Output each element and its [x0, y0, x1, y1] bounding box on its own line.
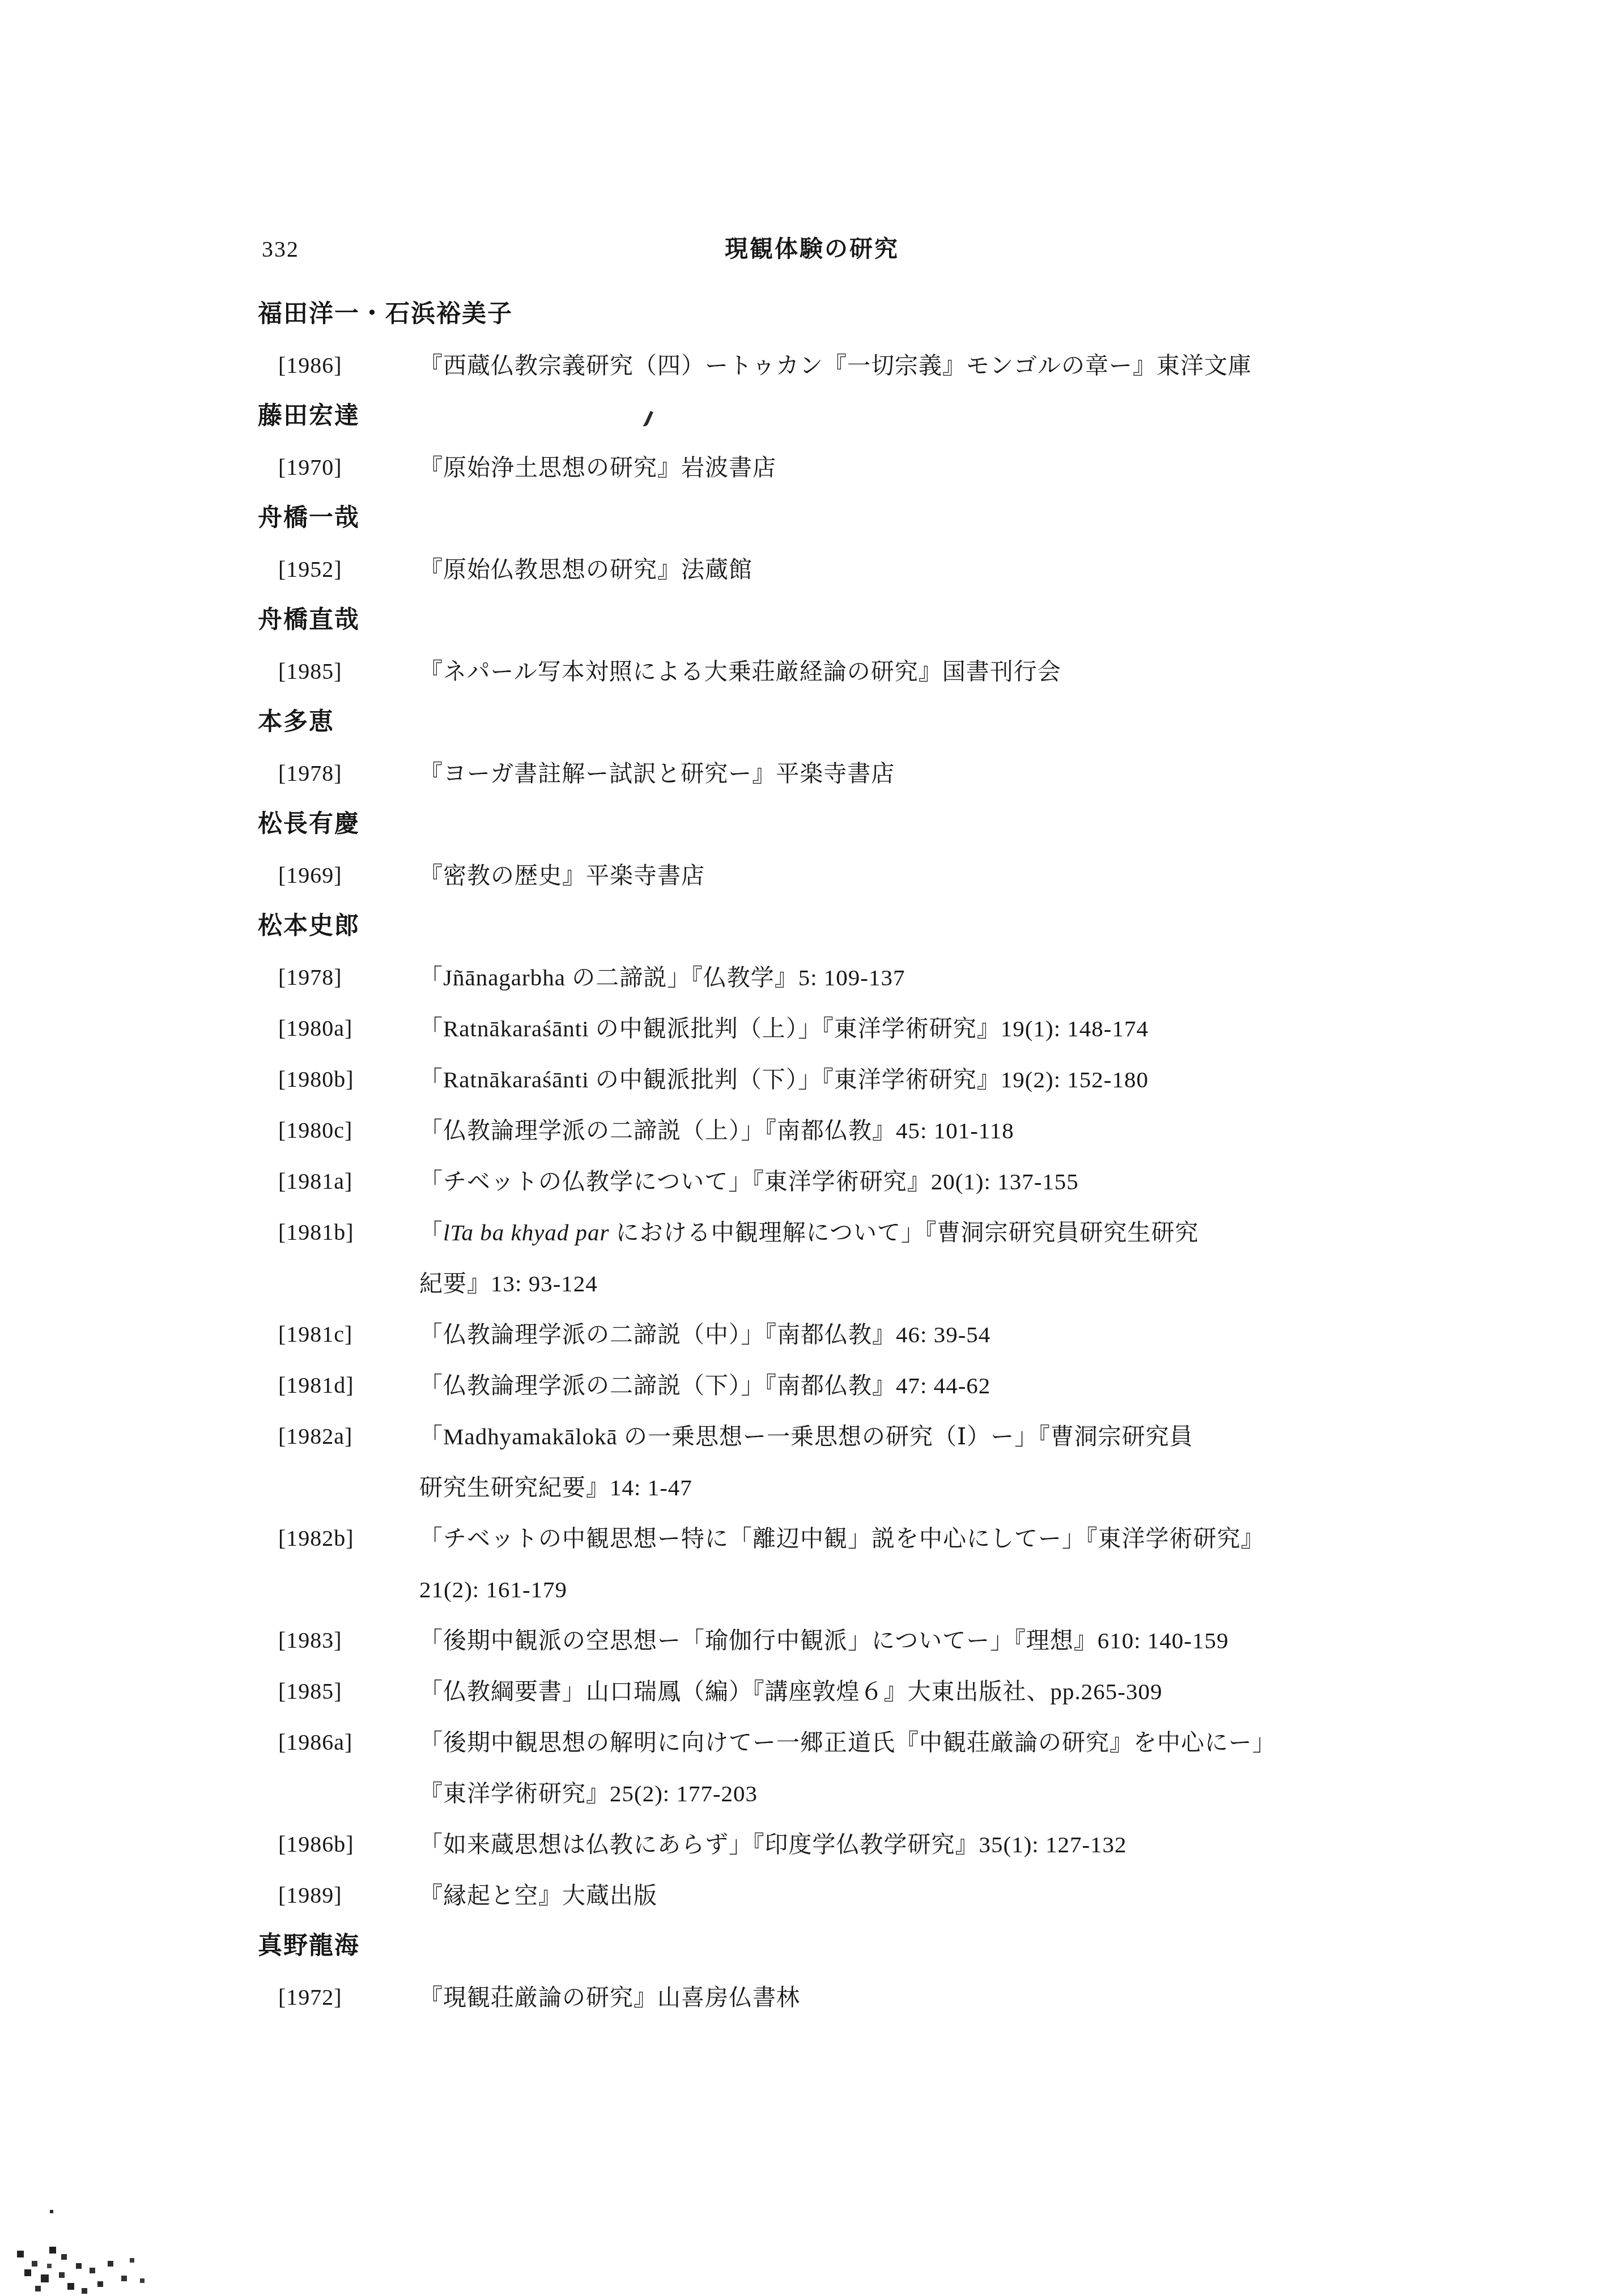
entry-year: [1981c]: [258, 1309, 419, 1360]
entry-year: [1985]: [258, 646, 419, 697]
entry-text: 『ヨーガ書註解ー試訳と研究ー』平楽寺書店: [419, 748, 1493, 799]
entry-line: 「チベットの中観思想ー特に「離辺中観」説を中心にしてー」『東洋学術研究』: [419, 1513, 1493, 1564]
bib-entry: [1980c] 「仏教論理学派の二諦説（上）」『南都仏教』45: 101-118: [258, 1105, 1493, 1156]
entry-year: [1972]: [258, 1972, 419, 2023]
entry-line: 「仏教綱要書」山口瑞鳳（編）『講座敦煌６』大東出版社、pp.265-309: [419, 1666, 1493, 1717]
entry-year: [1981d]: [258, 1360, 419, 1411]
entry-line: 『ヨーガ書註解ー試訳と研究ー』平楽寺書店: [419, 748, 1493, 799]
bib-entry: [1981d] 「仏教論理学派の二諦説（下）」『南都仏教』47: 44-62: [258, 1360, 1493, 1411]
author-heading: 福田洋一・石浜裕美子: [258, 289, 1493, 340]
bib-entry: [1969] 『密教の歴史』平楽寺書店: [258, 850, 1493, 901]
entry-line: 『密教の歴史』平楽寺書店: [419, 850, 1493, 901]
entry-text: 「後期中観思想の解明に向けてー一郷正道氏『中観荘厳論の研究』を中心にー」 『東洋…: [419, 1717, 1493, 1819]
entry-year: [1980a]: [258, 1003, 419, 1054]
entry-text: 「仏教論理学派の二諦説（下）」『南都仏教』47: 44-62: [419, 1360, 1493, 1411]
entry-line: 「後期中観思想の解明に向けてー一郷正道氏『中観荘厳論の研究』を中心にー」: [419, 1717, 1493, 1768]
entry-line: 「Ratnākaraśānti の中観派批判（上）」『東洋学術研究』19(1):…: [419, 1003, 1493, 1054]
entry-year: [1978]: [258, 748, 419, 799]
bib-entry: [1970] 『原始浄土思想の研究』岩波書店: [258, 442, 1493, 493]
entry-line: 「lTa ba khyad par における中観理解について」『曹洞宗研究員研究…: [419, 1207, 1493, 1258]
entry-line: 「Jñānagarbha の二諦説」『仏教学』5: 109-137: [419, 952, 1493, 1003]
entry-year: [1952]: [258, 544, 419, 595]
bib-entry: [1989] 『縁起と空』大蔵出版: [258, 1870, 1493, 1921]
author-heading: 本多恵: [258, 697, 1493, 748]
entry-year: [1986a]: [258, 1717, 419, 1768]
entry-year: [1985]: [258, 1666, 419, 1717]
entry-text: 「Jñānagarbha の二諦説」『仏教学』5: 109-137: [419, 952, 1493, 1003]
entry-line: 「仏教論理学派の二諦説（中）」『南都仏教』46: 39-54: [419, 1309, 1493, 1360]
entry-line: 紀要』13: 93-124: [419, 1258, 1493, 1309]
entry-line: 『東洋学術研究』25(2): 177-203: [419, 1768, 1493, 1819]
entry-text: 『原始仏教思想の研究』法蔵館: [419, 544, 1493, 595]
bib-entry: [1986] 『西蔵仏教宗義研究（四）ートゥカン『一切宗義』モンゴルの章ー』東洋…: [258, 340, 1493, 391]
entry-line: 『縁起と空』大蔵出版: [419, 1870, 1493, 1921]
bib-entry: [1982a] 「Madhyamakālokā の一乗思想ー一乗思想の研究（Ⅰ）…: [258, 1411, 1493, 1513]
entry-text: 「Madhyamakālokā の一乗思想ー一乗思想の研究（Ⅰ）ー」『曹洞宗研究…: [419, 1411, 1493, 1513]
entry-line: 21(2): 161-179: [419, 1564, 1493, 1615]
bib-entry: [1985] 『ネパール写本対照による大乗荘厳経論の研究』国書刊行会: [258, 646, 1493, 697]
entry-line: 「仏教論理学派の二諦説（下）」『南都仏教』47: 44-62: [419, 1360, 1493, 1411]
entry-year: [1981b]: [258, 1207, 419, 1258]
author-heading: 松本史郎: [258, 901, 1493, 952]
entry-text: 「チベットの仏教学について」『東洋学術研究』20(1): 137-155: [419, 1156, 1493, 1207]
bib-entry: [1986b] 「如来蔵思想は仏教にあらず」『印度学仏教学研究』35(1): 1…: [258, 1819, 1493, 1870]
bib-entry: [1978] 『ヨーガ書註解ー試訳と研究ー』平楽寺書店: [258, 748, 1493, 799]
entry-text: 『西蔵仏教宗義研究（四）ートゥカン『一切宗義』モンゴルの章ー』東洋文庫: [419, 340, 1493, 391]
entry-text: 『ネパール写本対照による大乗荘厳経論の研究』国書刊行会: [419, 646, 1493, 697]
bib-entry: [1981a] 「チベットの仏教学について」『東洋学術研究』20(1): 137…: [258, 1156, 1493, 1207]
entry-text: 「lTa ba khyad par における中観理解について」『曹洞宗研究員研究…: [419, 1207, 1493, 1309]
entry-year: [1980c]: [258, 1105, 419, 1156]
entry-line: 『原始仏教思想の研究』法蔵館: [419, 544, 1493, 595]
author-heading: 舟橋一哉: [258, 493, 1493, 544]
bib-entry: [1981c] 「仏教論理学派の二諦説（中）」『南都仏教』46: 39-54: [258, 1309, 1493, 1360]
quote-open: 「: [419, 1219, 443, 1245]
entry-year: [1982b]: [258, 1513, 419, 1564]
author-heading: 藤田宏達: [258, 391, 1493, 442]
entry-text: 「仏教綱要書」山口瑞鳳（編）『講座敦煌６』大東出版社、pp.265-309: [419, 1666, 1493, 1717]
bib-entry: [1952] 『原始仏教思想の研究』法蔵館: [258, 544, 1493, 595]
author-heading: 松長有慶: [258, 799, 1493, 850]
bib-entry: [1980a] 「Ratnākaraśānti の中観派批判（上）」『東洋学術研…: [258, 1003, 1493, 1054]
entry-line-rest: における中観理解について」『曹洞宗研究員研究生研究: [610, 1219, 1199, 1245]
page-header-title: 現観体験の研究: [0, 235, 1624, 263]
entry-year: [1970]: [258, 442, 419, 493]
entry-text: 「後期中観派の空思想ー「瑜伽行中観派」についてー」『理想』610: 140-15…: [419, 1615, 1493, 1666]
entry-year: [1980b]: [258, 1054, 419, 1105]
entry-year: [1986]: [258, 340, 419, 391]
entry-text: 『縁起と空』大蔵出版: [419, 1870, 1493, 1921]
entry-line: 『原始浄土思想の研究』岩波書店: [419, 442, 1493, 493]
bib-entry: [1982b] 「チベットの中観思想ー特に「離辺中観」説を中心にしてー」『東洋学…: [258, 1513, 1493, 1615]
bib-entry: [1983] 「後期中観派の空思想ー「瑜伽行中観派」についてー」『理想』610:…: [258, 1615, 1493, 1666]
author-heading: 舟橋直哉: [258, 595, 1493, 646]
entry-line: 「Madhyamakālokā の一乗思想ー一乗思想の研究（Ⅰ）ー」『曹洞宗研究…: [419, 1411, 1493, 1462]
entry-year: [1983]: [258, 1615, 419, 1666]
bib-entry: [1972] 『現観荘厳論の研究』山喜房仏書林: [258, 1972, 1493, 2023]
entry-line: 「如来蔵思想は仏教にあらず」『印度学仏教学研究』35(1): 127-132: [419, 1819, 1493, 1870]
entry-year: [1989]: [258, 1870, 419, 1921]
entry-year: [1982a]: [258, 1411, 419, 1462]
entry-text: 「如来蔵思想は仏教にあらず」『印度学仏教学研究』35(1): 127-132: [419, 1819, 1493, 1870]
entry-year: [1978]: [258, 952, 419, 1003]
entry-line: 『西蔵仏教宗義研究（四）ートゥカン『一切宗義』モンゴルの章ー』東洋文庫: [419, 340, 1493, 391]
bib-entry: [1978] 「Jñānagarbha の二諦説」『仏教学』5: 109-137: [258, 952, 1493, 1003]
author-heading: 真野龍海: [258, 1921, 1493, 1972]
entry-text: 「Ratnākaraśānti の中観派批判（下）」『東洋学術研究』19(2):…: [419, 1054, 1493, 1105]
entry-text: 『原始浄土思想の研究』岩波書店: [419, 442, 1493, 493]
italic-title-segment: lTa ba khyad par: [443, 1219, 610, 1245]
entry-line: 「Ratnākaraśānti の中観派批判（下）」『東洋学術研究』19(2):…: [419, 1054, 1493, 1105]
entry-year: [1969]: [258, 850, 419, 901]
entry-text: 「Ratnākaraśānti の中観派批判（上）」『東洋学術研究』19(1):…: [419, 1003, 1493, 1054]
entry-line: 『ネパール写本対照による大乗荘厳経論の研究』国書刊行会: [419, 646, 1493, 697]
bib-entry: [1981b] 「lTa ba khyad par における中観理解について」『…: [258, 1207, 1493, 1309]
entry-text: 「仏教論理学派の二諦説（中）」『南都仏教』46: 39-54: [419, 1309, 1493, 1360]
entry-text: 「チベットの中観思想ー特に「離辺中観」説を中心にしてー」『東洋学術研究』 21(…: [419, 1513, 1493, 1615]
scan-speckles: [50, 2210, 53, 2213]
entry-line: 「後期中観派の空思想ー「瑜伽行中観派」についてー」『理想』610: 140-15…: [419, 1615, 1493, 1666]
entry-line: 『現観荘厳論の研究』山喜房仏書林: [419, 1972, 1493, 2023]
bibliography: 福田洋一・石浜裕美子 [1986] 『西蔵仏教宗義研究（四）ートゥカン『一切宗義…: [258, 289, 1493, 2023]
bib-entry: [1985] 「仏教綱要書」山口瑞鳳（編）『講座敦煌６』大東出版社、pp.265…: [258, 1666, 1493, 1717]
entry-year: [1986b]: [258, 1819, 419, 1870]
entry-line: 「仏教論理学派の二諦説（上）」『南都仏教』45: 101-118: [419, 1105, 1493, 1156]
entry-line: 研究生研究紀要』14: 1-47: [419, 1462, 1493, 1513]
entry-year: [1981a]: [258, 1156, 419, 1207]
bib-entry: [1986a] 「後期中観思想の解明に向けてー一郷正道氏『中観荘厳論の研究』を中…: [258, 1717, 1493, 1819]
entry-text: 『現観荘厳論の研究』山喜房仏書林: [419, 1972, 1493, 2023]
entry-text: 『密教の歴史』平楽寺書店: [419, 850, 1493, 901]
entry-text: 「仏教論理学派の二諦説（上）」『南都仏教』45: 101-118: [419, 1105, 1493, 1156]
bib-entry: [1980b] 「Ratnākaraśānti の中観派批判（下）」『東洋学術研…: [258, 1054, 1493, 1105]
entry-line: 「チベットの仏教学について」『東洋学術研究』20(1): 137-155: [419, 1156, 1493, 1207]
